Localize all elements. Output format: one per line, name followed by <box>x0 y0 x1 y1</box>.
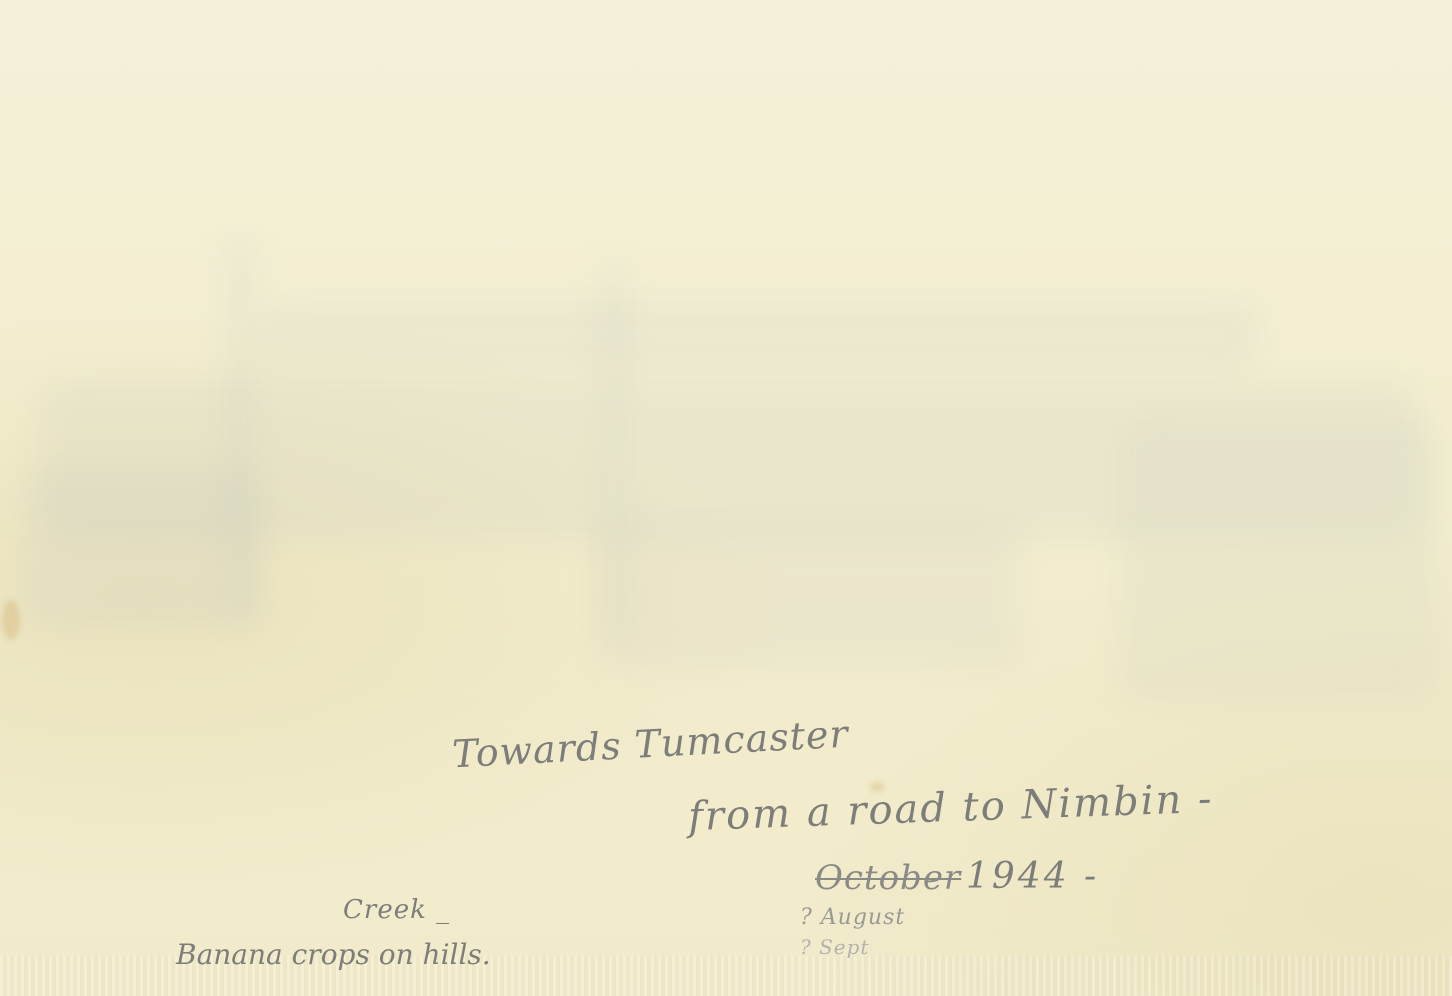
foxing-stain <box>2 600 20 640</box>
alternate-month-august: ? August <box>800 905 905 930</box>
alternate-month-sept: ? Sept <box>800 935 869 959</box>
bleed-through-tree-trunk <box>225 240 255 620</box>
bleed-through-pole <box>600 260 626 640</box>
location-note: from a road to Nimbin - <box>687 776 1214 840</box>
bleed-through-right <box>1120 420 1440 700</box>
struck-month: October <box>815 858 961 898</box>
bleed-through-sky <box>260 300 1260 370</box>
bleed-through-midground <box>600 520 1020 670</box>
title-note: Towards Tumcaster <box>451 712 850 777</box>
banana-crops-note: Banana crops on hills. <box>176 938 491 971</box>
paper-sheet: Towards Tumcaster from a road to Nimbin … <box>0 0 1452 996</box>
creek-note: Creek _ <box>343 895 450 925</box>
year: 1944 - <box>966 856 1099 897</box>
bleed-through-trees <box>20 470 260 630</box>
